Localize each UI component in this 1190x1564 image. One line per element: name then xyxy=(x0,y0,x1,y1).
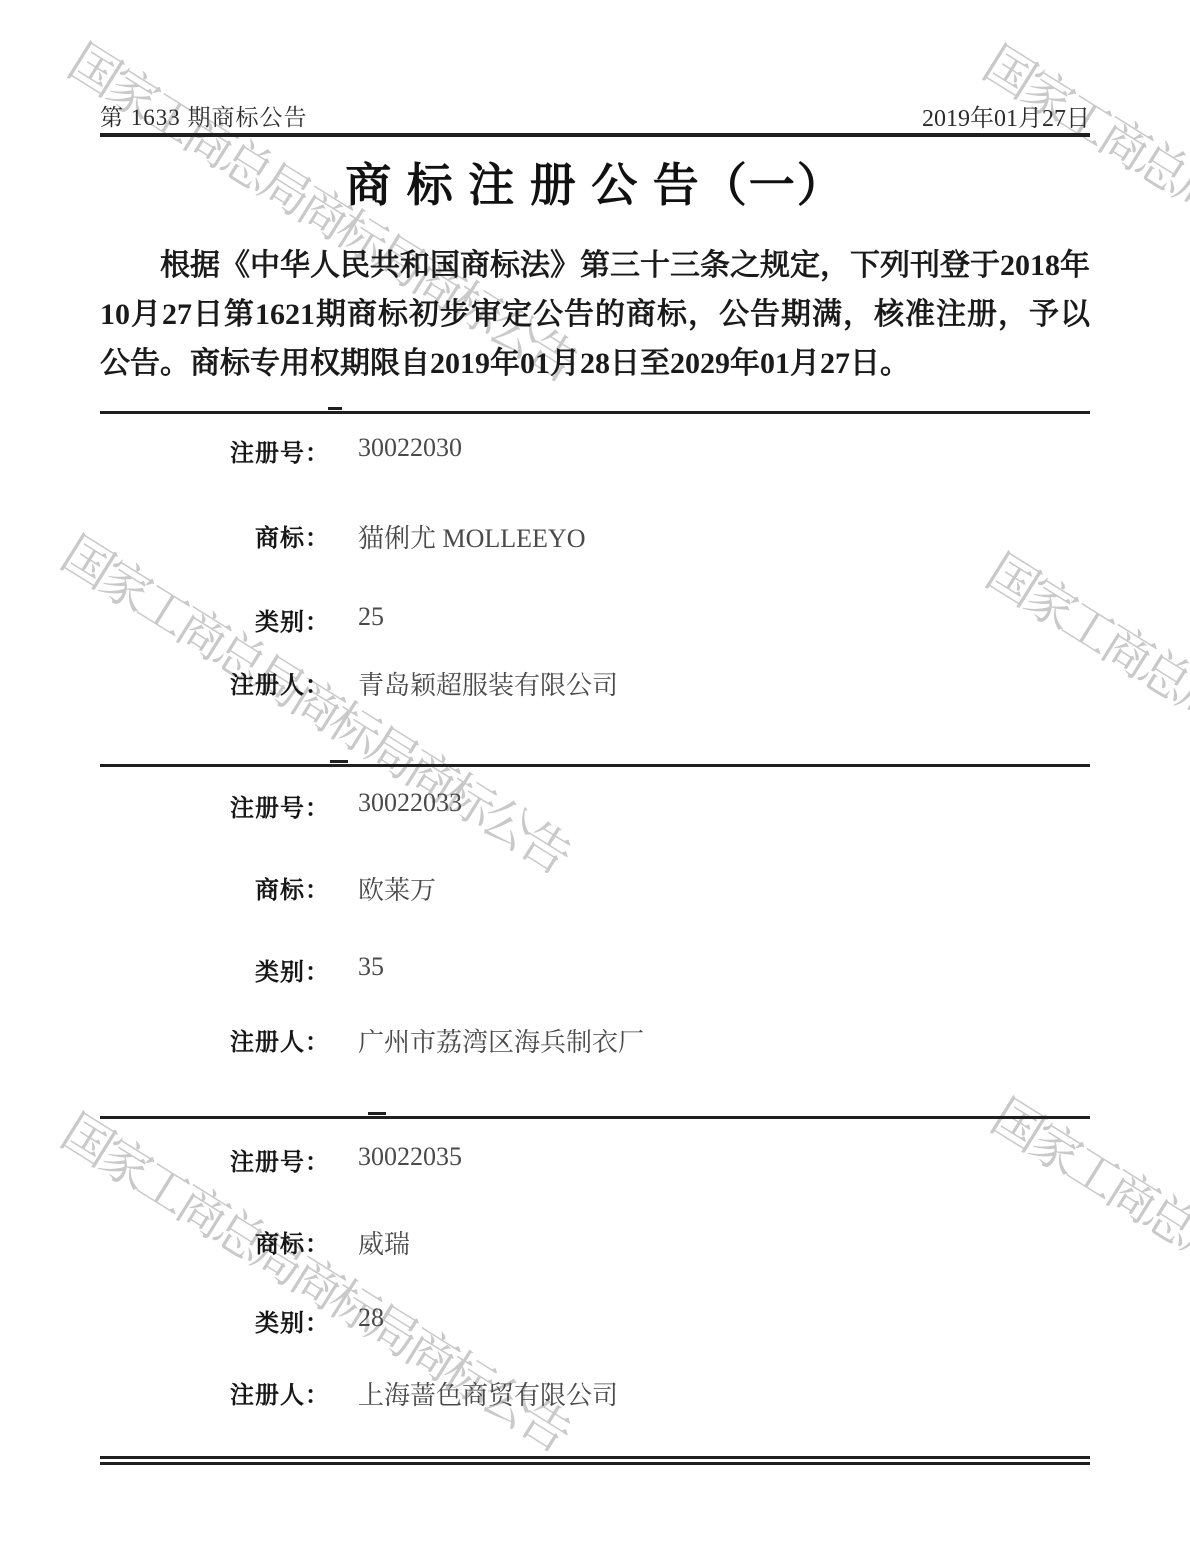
page-content: 第 1633 期商标公告 2019年01月27日 商 标 注 册 公 告（一） … xyxy=(0,0,1190,1564)
trademark-value: 威瑞 xyxy=(358,1224,410,1261)
entry-divider xyxy=(100,1116,1090,1119)
intro-line-3: 公告。商标专用权期限自2019年01月28日至2029年01月27日。 xyxy=(100,339,1090,388)
closing-rule-upper xyxy=(100,1456,1090,1459)
reg-no-row: 注册号： 30022030 xyxy=(100,433,1090,467)
gazette-date-header: 2019年01月27日 xyxy=(922,98,1090,133)
category-label: 类别： xyxy=(100,602,330,637)
trademark-label: 商标： xyxy=(100,518,330,553)
scan-artifact-tick xyxy=(328,407,342,410)
intro-line-1: 根据《中华人民共和国商标法》第三十三条之规定，下列刊登于2018年 xyxy=(100,241,1090,290)
category-row: 类别： 25 xyxy=(100,602,1090,636)
trademark-value: 猫俐尤 MOLLEEYO xyxy=(358,518,585,555)
reg-no-label: 注册号： xyxy=(100,788,330,823)
reg-no-label: 注册号： xyxy=(100,433,330,468)
category-value: 25 xyxy=(358,602,384,632)
intro-paragraph: 根据《中华人民共和国商标法》第三十三条之规定，下列刊登于2018年 10月27日… xyxy=(100,241,1090,388)
closing-rule-lower xyxy=(100,1462,1090,1465)
page-title: 商 标 注 册 公 告（一） xyxy=(0,149,1190,215)
trademark-value: 欧莱万 xyxy=(358,870,436,907)
gazette-issue-header: 第 1633 期商标公告 xyxy=(100,99,308,132)
reg-no-value: 30022035 xyxy=(358,1142,462,1172)
header-rule xyxy=(100,133,1090,137)
reg-no-row: 注册号： 30022035 xyxy=(100,1142,1090,1176)
registrant-row: 注册人： 广州市荔湾区海兵制衣厂 xyxy=(100,1022,1090,1056)
registrant-value: 青岛颖超服装有限公司 xyxy=(358,665,618,702)
scan-artifact-tick xyxy=(330,760,348,763)
trademark-row: 商标： 威瑞 xyxy=(100,1224,1090,1258)
registrant-label: 注册人： xyxy=(100,665,330,700)
entry-divider xyxy=(100,764,1090,767)
reg-no-row: 注册号： 30022033 xyxy=(100,788,1090,822)
registrant-row: 注册人： 上海蔷色商贸有限公司 xyxy=(100,1375,1090,1409)
trademark-label: 商标： xyxy=(100,870,330,905)
reg-no-value: 30022033 xyxy=(358,788,462,818)
category-value: 35 xyxy=(358,952,384,982)
intro-line-2: 10月27日第1621期商标初步审定公告的商标，公告期满，核准注册，予以 xyxy=(100,290,1090,339)
registrant-row: 注册人： 青岛颖超服装有限公司 xyxy=(100,665,1090,699)
registrant-label: 注册人： xyxy=(100,1022,330,1057)
category-label: 类别： xyxy=(100,1303,330,1338)
trademark-row: 商标： 猫俐尤 MOLLEEYO xyxy=(100,518,1090,552)
reg-no-label: 注册号： xyxy=(100,1142,330,1177)
reg-no-value: 30022030 xyxy=(358,433,462,463)
scan-artifact-tick xyxy=(368,1112,386,1115)
category-label: 类别： xyxy=(100,952,330,987)
category-row: 类别： 35 xyxy=(100,952,1090,986)
trademark-row: 商标： 欧莱万 xyxy=(100,870,1090,904)
category-row: 类别： 28 xyxy=(100,1303,1090,1337)
registrant-value: 上海蔷色商贸有限公司 xyxy=(358,1375,618,1412)
trademark-label: 商标： xyxy=(100,1224,330,1259)
registrant-label: 注册人： xyxy=(100,1375,330,1410)
entry-divider xyxy=(100,411,1090,414)
gazette-page: 国家工商总局商标局商标公告 国家工商总局商标局商标公告 国家工商总局商标局商标公… xyxy=(0,0,1190,1564)
registrant-value: 广州市荔湾区海兵制衣厂 xyxy=(358,1022,644,1059)
category-value: 28 xyxy=(358,1303,384,1333)
